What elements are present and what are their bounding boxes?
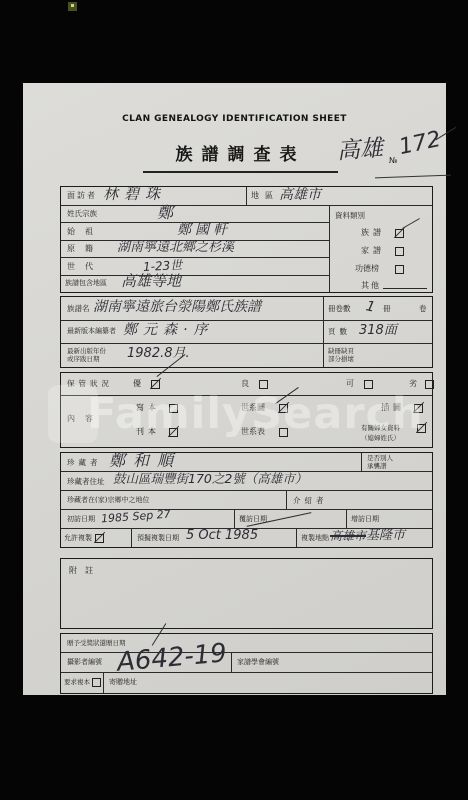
inherited-label-line2: 承襲譜 <box>367 463 387 470</box>
photographer-no-label: 攝影者編號 <box>67 659 102 666</box>
category-checkbox-jiapu <box>395 247 404 256</box>
category-option-label: 家譜 <box>361 247 385 255</box>
condition-option-label: 劣 <box>409 380 417 388</box>
grid-line <box>231 652 232 672</box>
category-option-label: 其他 <box>361 282 381 290</box>
clan-label: 姓氏宗族 <box>67 210 97 218</box>
first-ancestor-label: 始祖 <box>67 228 103 236</box>
society-no-label: 家譜學會編號 <box>237 659 279 666</box>
form-paper: CLAN GENEALOGY IDENTIFICATION SHEET 族譜調查… <box>23 83 446 695</box>
copy-permission-label: 允許複製 <box>64 535 92 542</box>
category-checkbox-gongdebang <box>395 265 404 274</box>
content-checkbox-manuscript <box>169 404 178 413</box>
condition-checkbox-good <box>259 380 268 389</box>
inherited-label-line1: 是否別人 <box>367 455 393 462</box>
content-option-label: 世系表 <box>241 428 265 436</box>
volumes-value: 1 <box>365 299 377 315</box>
copy-place-struck-value: 高雄市 <box>330 530 366 542</box>
notes-table: 附註 <box>60 558 433 629</box>
grid-line <box>61 509 432 510</box>
copy-date-label: 預擬複製日期 <box>137 535 179 542</box>
clan-value: 鄭 <box>157 205 173 221</box>
grid-line <box>246 187 247 205</box>
condition-checkbox-poor <box>425 380 434 389</box>
scan-background: CLAN GENEALOGY IDENTIFICATION SHEET 族譜調查… <box>0 0 468 800</box>
grid-line <box>61 205 432 206</box>
category-label: 資料類別 <box>335 212 365 220</box>
copy-place-label: 複製地點 <box>301 535 329 542</box>
copy-place-value: 基隆市 <box>366 529 405 542</box>
grid-line <box>329 205 330 292</box>
origin-label: 原籍 <box>67 245 103 253</box>
other-fill-line <box>383 288 427 289</box>
grid-line <box>361 453 362 471</box>
coverage-value: 高雄等地 <box>121 274 181 289</box>
grid-line <box>61 275 329 276</box>
condition-option-label: 可 <box>346 380 354 388</box>
grid-line <box>346 509 347 528</box>
volumes-unit-ce: 冊 <box>383 305 391 313</box>
grid-line <box>61 257 329 258</box>
interviewer-label: 面訪者 <box>67 192 97 200</box>
basic-info-table: 面訪者 林碧珠 地區 高雄市 姓氏宗族 鄭 始祖 鄭國軒 原籍 湖南寧遠北鄉之杉… <box>60 186 433 293</box>
content-checkbox-lineage-table <box>279 428 288 437</box>
genealogy-info-table: 族譜名 湖南寧遠旅台滎陽鄭氏族譜 冊卷數 1 冊 卷 最新版本編纂者 鄭元森·序… <box>60 296 433 368</box>
photographer-no-value: A642-19 <box>116 640 228 675</box>
grid-line <box>131 528 132 547</box>
first-ancestor-value: 鄭國軒 <box>177 223 231 237</box>
volumes-label: 冊卷數 <box>328 305 351 313</box>
editor-value: 鄭元森·序 <box>123 323 213 337</box>
area-value: 高雄市 <box>279 188 321 202</box>
content-checkbox-lineage-chart <box>279 404 288 413</box>
grid-line <box>323 297 324 367</box>
damage-label-line1: 缺冊缺頁 <box>328 348 354 355</box>
genealogy-title-value: 湖南寧遠旅台滎陽鄭氏族譜 <box>93 300 261 314</box>
genealogy-title-label: 族譜名 <box>67 305 90 313</box>
content-note: （媳婦姓氏） <box>361 435 400 442</box>
copy-permission-checkbox <box>95 534 104 543</box>
content-option-label: 世系圖 <box>241 404 265 412</box>
region-number-handwritten: 172 <box>397 129 443 159</box>
pages-value: 318面 <box>359 324 397 337</box>
admin-table: 贈予受獎狀還贈日期 攝影者編號 A642-19 家譜學會編號 要求複本 寄贈地址 <box>60 633 433 694</box>
additional-visit-label: 增訪日期 <box>351 516 379 523</box>
condition-contents-table: 保管狀況 優 良 可 劣 內容 寫本 世系圖 插圖 刊本 世系表 有關婦女資料 … <box>60 372 433 448</box>
copy-date-value: 5 Oct 1985 <box>186 529 258 542</box>
notes-label: 附註 <box>69 567 101 575</box>
familysearch-mini-logo-icon <box>68 2 77 11</box>
origin-value: 湖南寧遠北鄉之杉溪 <box>117 241 234 254</box>
area-label: 地區 <box>251 192 279 200</box>
holder-value: 鄭和順 <box>109 453 181 469</box>
grid-line <box>61 320 432 321</box>
damage-label-line2: 部分損壞 <box>328 356 354 363</box>
first-visit-label: 初訪日期 <box>67 516 95 523</box>
category-option-label: 功德榜 <box>355 265 379 273</box>
holder-label: 珍藏者 <box>67 459 102 467</box>
condition-option-label: 優 <box>133 380 141 388</box>
grid-line <box>61 343 432 344</box>
content-checkbox-women-data <box>417 424 426 433</box>
form-title: 族譜調查表 <box>143 147 338 173</box>
contents-label: 內容 <box>67 415 103 423</box>
content-option-label: 插圖 <box>381 404 405 412</box>
address-label: 珍藏者住址 <box>67 478 105 486</box>
first-visit-value: 1985 Sep 27 <box>101 509 171 525</box>
grid-line <box>61 490 432 491</box>
holder-table: 珍藏者 鄭和順 是否別人 承襲譜 珍藏者住址 鼓山區瑞豐街170之2號（高雄市）… <box>60 452 433 548</box>
award-date-label: 贈予受獎狀還贈日期 <box>67 640 126 647</box>
volumes-unit-juan: 卷 <box>419 305 427 313</box>
grid-line <box>61 395 432 396</box>
content-option-label: 有關婦女資料 <box>361 425 400 432</box>
form-header-english: CLAN GENEALOGY IDENTIFICATION SHEET <box>23 114 446 124</box>
number-underline <box>375 175 451 179</box>
grid-line <box>103 672 104 693</box>
position-label: 珍藏者在(家)宗鄉中之地位 <box>67 497 149 504</box>
published-label-line2: 或序跋日期 <box>67 356 100 363</box>
introducer-label: 介紹者 <box>293 497 328 505</box>
category-option-label: 族譜 <box>361 229 385 237</box>
condition-option-label: 良 <box>241 380 249 388</box>
content-checkbox-illustrations <box>414 404 423 413</box>
pen-stroke <box>402 218 420 229</box>
interviewer-value: 林碧珠 <box>103 187 166 202</box>
grid-line <box>286 490 287 509</box>
request-copy-label: 要求複本 <box>64 679 90 686</box>
content-option-label: 寫本 <box>136 404 160 412</box>
address-value: 鼓山區瑞豐街170之2號（高雄市） <box>113 473 307 486</box>
grid-line <box>296 528 297 547</box>
published-label-line1: 最新出版年份 <box>67 348 106 355</box>
number-symbol: № <box>389 157 397 165</box>
condition-checkbox-excellent <box>151 380 160 389</box>
mailing-address-label: 寄贈地址 <box>109 679 137 686</box>
coverage-label: 族譜包含地區 <box>65 280 107 287</box>
category-checkbox-zupu <box>395 229 404 238</box>
region-name-handwritten: 高雄 <box>336 137 383 163</box>
content-checkbox-printed <box>169 428 178 437</box>
grid-line <box>234 509 235 528</box>
request-copy-checkbox <box>92 678 101 687</box>
generations-value: 1-23世 <box>143 259 183 273</box>
generations-label: 世代 <box>67 263 103 271</box>
content-option-label: 刊本 <box>136 428 160 436</box>
editor-label: 最新版本編纂者 <box>67 328 116 335</box>
condition-label: 保管狀況 <box>67 380 113 388</box>
condition-checkbox-fair <box>364 380 373 389</box>
grid-line <box>61 672 432 673</box>
pages-label: 頁數 <box>328 328 351 336</box>
